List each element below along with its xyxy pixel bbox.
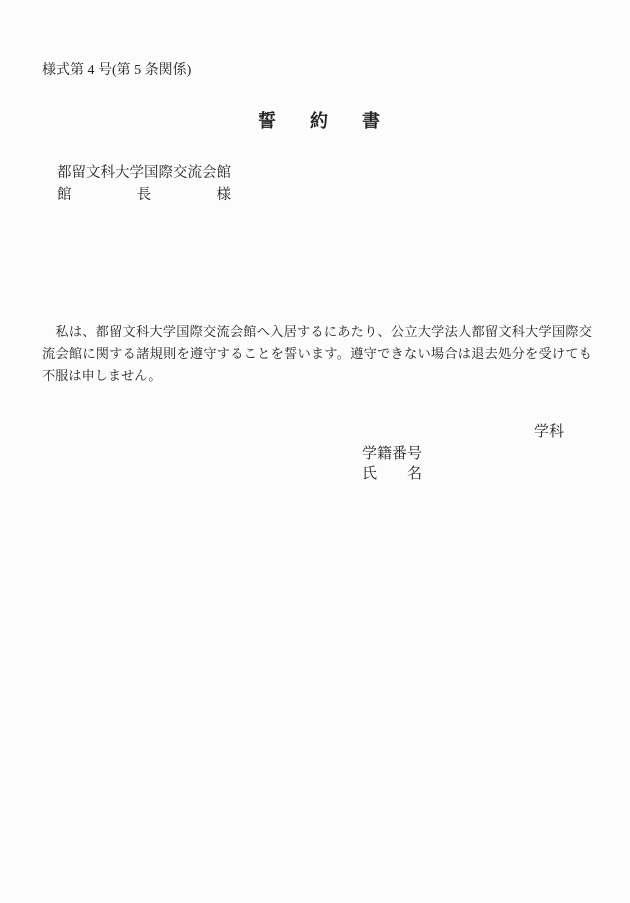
document-title: 誓約書 [258, 111, 414, 132]
department-label: 学科 [534, 423, 564, 441]
recipient-role-char: 長 [137, 187, 152, 204]
name-label: 氏 名 [362, 465, 422, 483]
pledge-document-page: 様式第 4 号(第 5 条関係) 誓約書 都留文科大学国際交流会館 館 長 様 … [0, 0, 630, 903]
pledge-body-line: 不服は申しません。 [42, 365, 592, 387]
form-number: 様式第 4 号(第 5 条関係) [42, 63, 191, 80]
name-label-char: 氏 [362, 465, 377, 483]
pledge-body-line: 流会館に関する諸規則を遵守することを誓います。遵守できない場合は退去処分を受けて… [42, 343, 592, 365]
recipient-honorific-char: 様 [217, 187, 232, 204]
recipient-role-line: 館 長 様 [57, 187, 231, 204]
student-id-label: 学籍番号 [362, 445, 422, 463]
recipient-role-char: 館 [57, 187, 72, 204]
pledge-body-line: 私は、都留文科大学国際交流会館へ入居するにあたり、公立大学法人都留文科大学国際交 [42, 321, 592, 343]
pledge-body-paragraph: 私は、都留文科大学国際交流会館へ入居するにあたり、公立大学法人都留文科大学国際交… [42, 321, 592, 387]
recipient-organization: 都留文科大学国際交流会館 [57, 165, 231, 182]
name-label-char: 名 [407, 465, 422, 483]
